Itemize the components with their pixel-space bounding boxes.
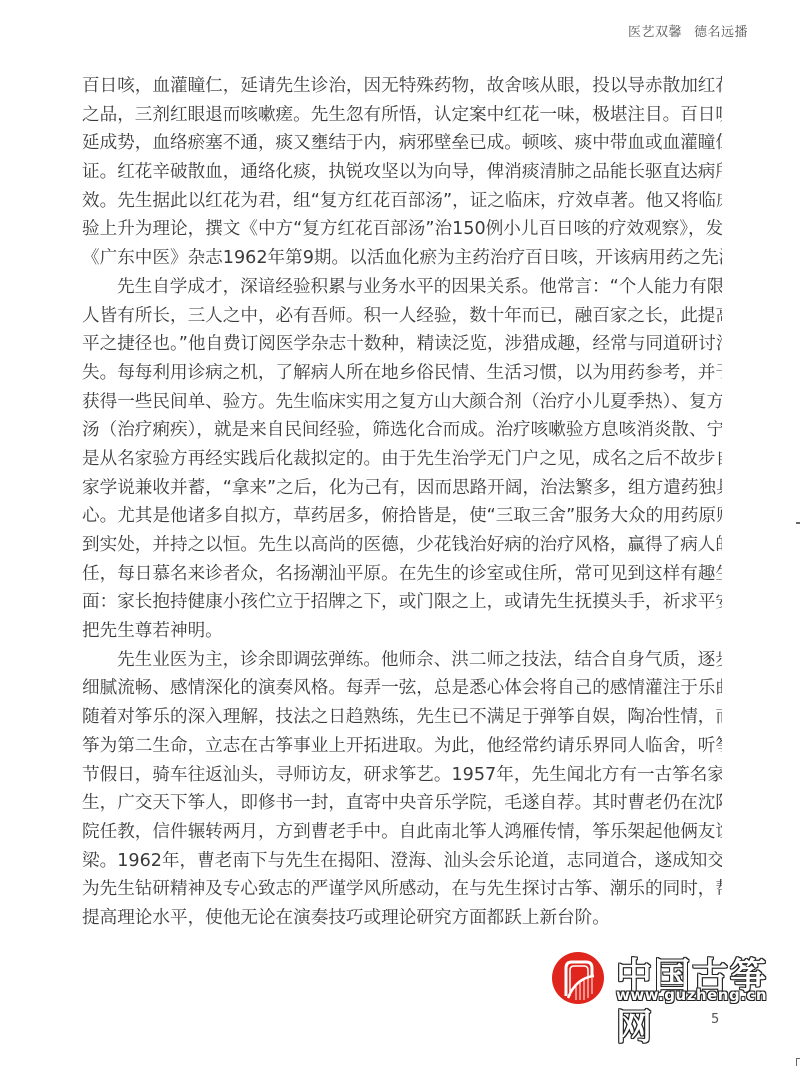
- text-line: 《广东中医》杂志1962年第9期。以活血化瘀为主药治疗百日咳，开该病用药之先河。: [82, 244, 722, 273]
- text-line: 证。红花辛破散血，通络化痰，执锐攻坚以为向导，俾消痰清肺之品能长驱直达病所而奏奇: [82, 158, 722, 187]
- text-line: 筝为第二生命，立志在古筝事业上开拓进取。为此，他经常约请乐界同人临舍，听筝评议，: [82, 732, 722, 761]
- text-line: 百日咳，血灌瞳仁，延请先生诊治，因无特殊药物，故舍咳从眼，投以导赤散加红花及化痰: [82, 72, 722, 101]
- article-body: 百日咳，血灌瞳仁，延请先生诊治，因无特殊药物，故舍咳从眼，投以导赤散加红花及化痰…: [82, 72, 722, 933]
- text-line: 之品，三剂红眼退而咳嗽瘥。先生忽有所悟，认定案中红花一味，极堪注目。百日咳一经蔓: [82, 101, 722, 130]
- text-line: 梁。1962年，曹老南下与先生在揭阳、澄海、汕头会乐论道，志同道合，遂成知交。曹…: [82, 847, 722, 876]
- text-line: 到实处，并持之以恒。先生以高尚的医德，少花钱治好病的治疗风格，赢得了病人的高度信: [82, 531, 722, 560]
- text-line: 验上升为理论，撰文《中方“复方红花百部汤”治150例小儿百日咳的疗效观察》，发表…: [82, 215, 722, 244]
- text-line: 随着对筝乐的深入理解，技法之日趋熟练，先生已不满足于弹筝自娱，陶冶性情，而是视古: [82, 703, 722, 732]
- guzheng-logo-icon: [552, 952, 604, 1004]
- text-line: 是从名家验方再经实践后化裁拟定的。由于先生治学无门户之见，成名之后不故步自封，各: [82, 445, 722, 474]
- running-header: 医艺双馨德名远播: [628, 21, 748, 40]
- crop-mark: [796, 522, 800, 524]
- text-line: 家学说兼收并蓄，“拿来”之后，化为己有，因而思路开阔，治法繁多，组方遣药独具匠: [82, 474, 722, 503]
- text-line: 把先生尊若神明。: [82, 617, 722, 646]
- text-line: 人皆有所长，三人之中，必有吾师。积一人经验，数十年而已，融百家之长，此提高业务水: [82, 302, 722, 331]
- text-line: 节假日，骑车往返汕头，寻师访友，研求筝艺。1957年，先生闻北方有一古筝名家曹正…: [82, 761, 722, 790]
- text-line: 提高理论水平，使他无论在演奏技巧或理论研究方面都跃上新台阶。: [82, 904, 722, 933]
- text-line: 获得一些民间单、验方。先生临床实用之复方山大颜合剂（治疗小儿夏季热）、复方鲫鱼草: [82, 388, 722, 417]
- text-line: 先生业医为主，诊余即调弦弹练。他师佘、洪二师之技法，结合自身气质，逐步形成了: [82, 646, 722, 675]
- text-line: 先生自学成才，深谙经验积累与业务水平的因果关系。他常言：“个人能力有限，而世: [82, 273, 722, 302]
- text-line: 心。尤其是他诸多自拟方，草药居多，俯拾皆是，使“三取三舍”服务大众的用药原则能落: [82, 502, 722, 531]
- header-phrase-left: 医艺双馨: [628, 25, 682, 40]
- text-line: 任，每日慕名来诊者众，名扬潮汕平原。在先生的诊室或住所，常可见到这样有趣生动的场: [82, 560, 722, 589]
- watermark-logo: 中国古筝网 www.guzheng.cn: [552, 952, 778, 1004]
- text-line: 面：家长抱持健康小孩伫立于招牌之下，或门限之上，或请先生抚摸头手，祈求平安，简直: [82, 588, 722, 617]
- text-line: 细腻流畅、感情深化的演奏风格。每弄一弦，总是悉心体会将自己的感情灌注于乐曲之中。: [82, 674, 722, 703]
- page-number: 5: [711, 1012, 719, 1027]
- text-line: 效。先生据此以红花为君，组“复方红花百部汤”，证之临床，疗效卓著。他又将临床经: [82, 187, 722, 216]
- text-line: 平之捷径也。”他自费订阅医学杂志十数种，精读泛览，涉猎成趣，经常与同道研讨治病得: [82, 330, 722, 359]
- text-line: 为先生钻研精神及专心致志的严谨学风所感动，在与先生探讨古筝、潮乐的同时，帮助先生: [82, 875, 722, 904]
- crop-mark-corner: [796, 1058, 800, 1066]
- text-line: 生，广交天下筝人，即修书一封，直寄中央音乐学院，毛遂自荐。其时曹老仍在沈阳音乐学: [82, 789, 722, 818]
- watermark-url: www.guzheng.cn: [616, 986, 767, 1004]
- text-line: 汤（治疗痢疾），就是来自民间经验，筛选化合而成。治疗咳嗽验方息咳消炎散、宁肺丸则: [82, 416, 722, 445]
- header-phrase-right: 德名远播: [694, 25, 748, 40]
- text-line: 延成势，血络瘀塞不通，痰又壅结于内，病邪壁垒已成。顿咳、痰中带血或血灌瞳仁可资为: [82, 129, 722, 158]
- text-line: 院任教，信件辗转两月，方到曹老手中。自此南北筝人鸿雁传情，筝乐架起他俩友谊的桥: [82, 818, 722, 847]
- text-line: 失。每每利用诊病之机，了解病人所在地乡俗民情、生活习惯，以为用药参考，并于言谈中: [82, 359, 722, 388]
